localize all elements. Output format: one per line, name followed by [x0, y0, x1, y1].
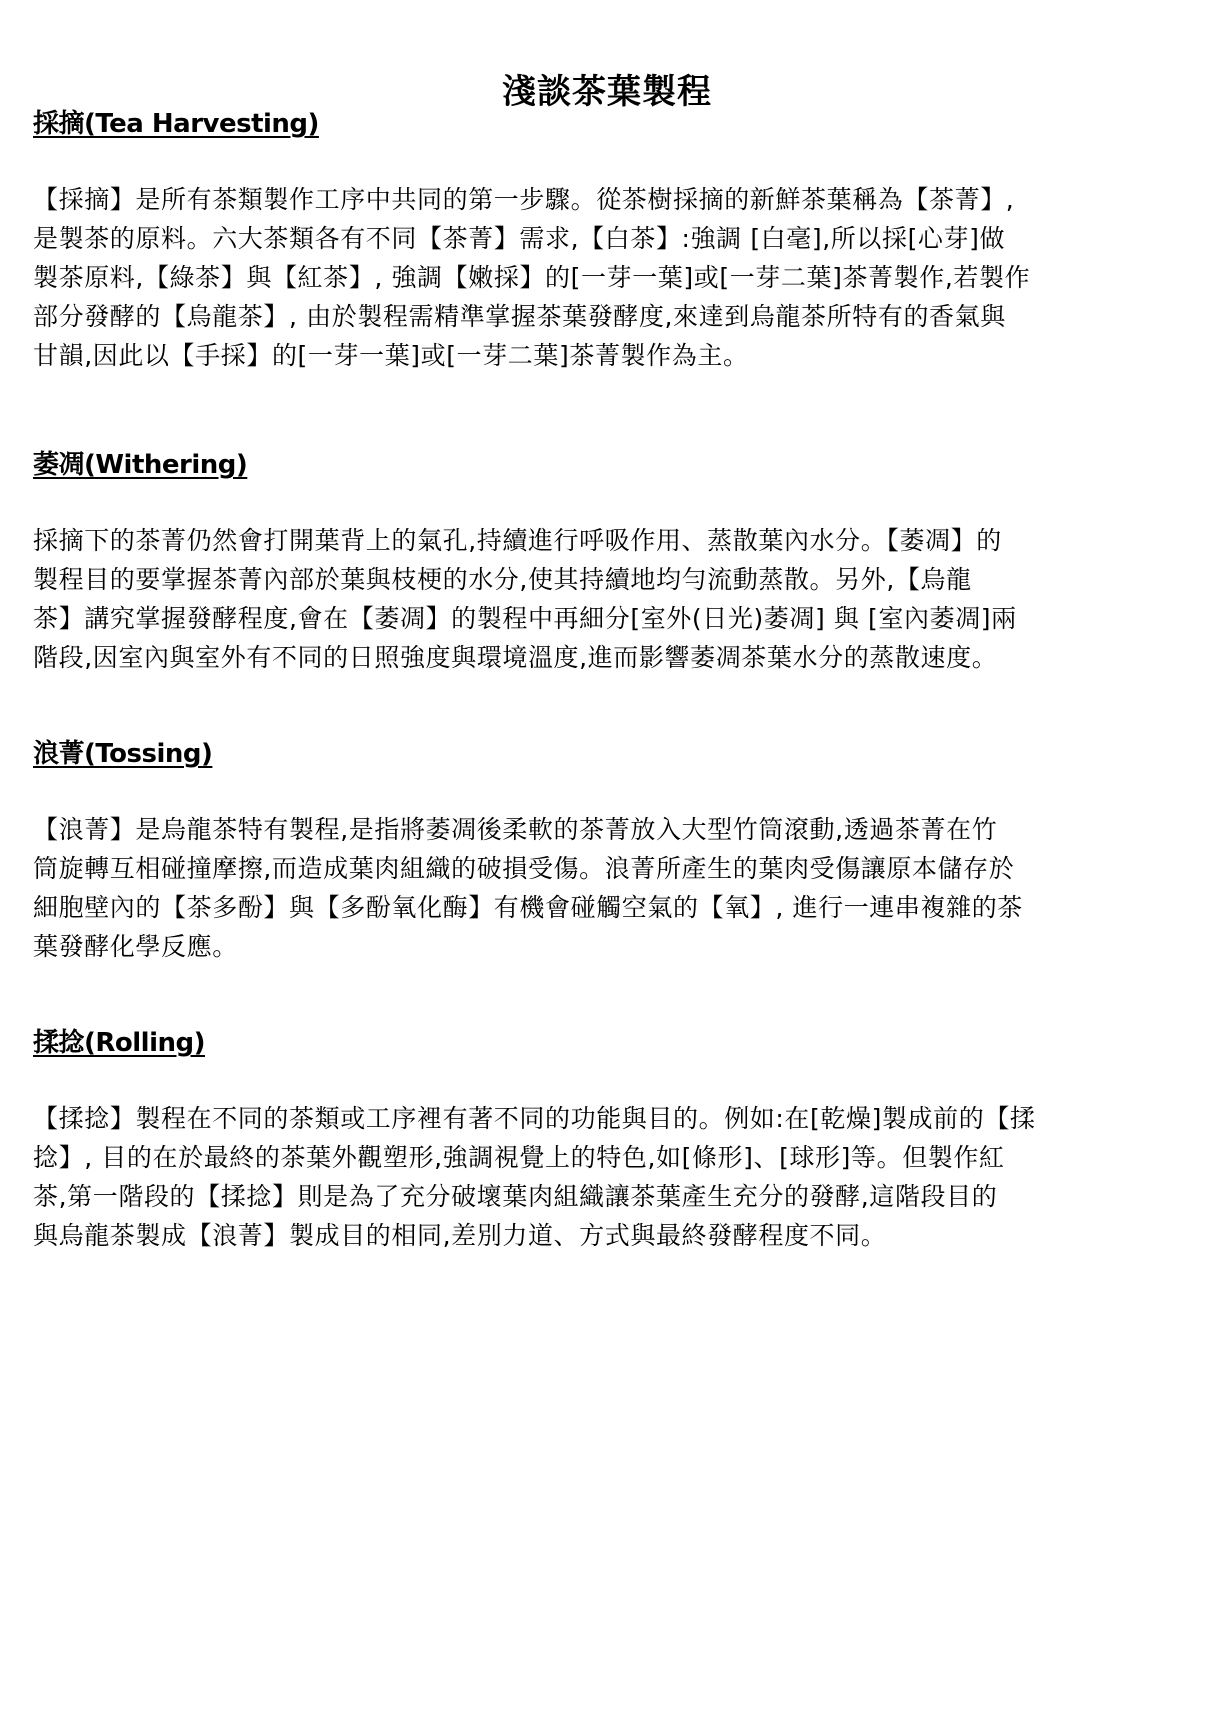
section-paragraph: 採摘下的茶菁仍然會打開葉背上的氣孔,持續進行呼吸作用、蒸散葉內水分。【萎凋】的 …: [33, 521, 1193, 677]
section-withering: 萎凋(Withering) 採摘下的茶菁仍然會打開葉背上的氣孔,持續進行呼吸作用…: [33, 447, 1193, 677]
paragraph-line: 製茶原料,【綠茶】與【紅茶】, 強調【嫩採】的[一芽一葉]或[一芽二葉]茶菁製作…: [33, 258, 1193, 297]
paragraph-line: 葉發酵化學反應。: [33, 927, 1193, 966]
section-tossing: 浪菁(Tossing) 【浪菁】是烏龍茶特有製程,是指將萎凋後柔軟的茶菁放入大型…: [33, 736, 1193, 966]
paragraph-line: 【揉捻】製程在不同的茶類或工序裡有著不同的功能與目的。例如:在[乾燥]製成前的【…: [33, 1099, 1193, 1138]
section-rolling: 揉捻(Rolling) 【揉捻】製程在不同的茶類或工序裡有著不同的功能與目的。例…: [33, 1025, 1193, 1255]
paragraph-line: 是製茶的原料。六大茶類各有不同【茶菁】需求,【白茶】:強調 [白毫],所以採[心…: [33, 219, 1193, 258]
paragraph-line: 【浪菁】是烏龍茶特有製程,是指將萎凋後柔軟的茶菁放入大型竹筒滾動,透過茶菁在竹: [33, 810, 1193, 849]
section-heading: 浪菁(Tossing): [33, 736, 212, 772]
paragraph-line: 製程目的要掌握茶菁內部於葉與枝梗的水分,使其持續地均勻流動蒸散。另外,【烏龍: [33, 560, 1193, 599]
paragraph-line: 茶,第一階段的【揉捻】則是為了充分破壞葉肉組織讓茶葉產生充分的發酵,這階段目的: [33, 1177, 1193, 1216]
document-page: 淺談茶葉製程 採摘(Tea Harvesting) 【採摘】是所有茶類製作工序中…: [0, 0, 1214, 1736]
paragraph-line: 與烏龍茶製成【浪菁】製成目的相同,差別力道、方式與最終發酵程度不同。: [33, 1216, 1193, 1255]
section-paragraph: 【浪菁】是烏龍茶特有製程,是指將萎凋後柔軟的茶菁放入大型竹筒滾動,透過茶菁在竹 …: [33, 810, 1193, 966]
paragraph-line: 筒旋轉互相碰撞摩擦,而造成葉肉組織的破損受傷。浪菁所產生的葉肉受傷讓原本儲存於: [33, 849, 1193, 888]
paragraph-line: 部分發酵的【烏龍茶】, 由於製程需精準掌握茶葉發酵度,來達到烏龍茶所特有的香氣與: [33, 297, 1193, 336]
paragraph-line: 採摘下的茶菁仍然會打開葉背上的氣孔,持續進行呼吸作用、蒸散葉內水分。【萎凋】的: [33, 521, 1193, 560]
paragraph-line: 甘韻,因此以【手採】的[一芽一葉]或[一芽二葉]茶菁製作為主。: [33, 336, 1193, 375]
paragraph-line: 【採摘】是所有茶類製作工序中共同的第一步驟。從茶樹採摘的新鮮茶葉稱為【茶菁】,: [33, 180, 1193, 219]
paragraph-line: 茶】講究掌握發酵程度,會在【萎凋】的製程中再細分[室外(日光)萎凋] 與 [室內…: [33, 599, 1193, 638]
section-paragraph: 【揉捻】製程在不同的茶類或工序裡有著不同的功能與目的。例如:在[乾燥]製成前的【…: [33, 1099, 1193, 1255]
section-heading: 採摘(Tea Harvesting): [33, 106, 319, 142]
paragraph-line: 捻】, 目的在於最終的茶葉外觀塑形,強調視覺上的特色,如[條形]、[球形]等。但…: [33, 1138, 1193, 1177]
paragraph-line: 階段,因室內與室外有不同的日照強度與環境溫度,進而影響萎凋茶葉水分的蒸散速度。: [33, 638, 1193, 677]
paragraph-line: 細胞壁內的【茶多酚】與【多酚氧化酶】有機會碰觸空氣的【氧】, 進行一連串複雜的茶: [33, 888, 1193, 927]
section-harvesting: 採摘(Tea Harvesting) 【採摘】是所有茶類製作工序中共同的第一步驟…: [33, 106, 1193, 375]
section-paragraph: 【採摘】是所有茶類製作工序中共同的第一步驟。從茶樹採摘的新鮮茶葉稱為【茶菁】, …: [33, 180, 1193, 375]
section-heading: 萎凋(Withering): [33, 447, 247, 483]
section-heading: 揉捻(Rolling): [33, 1025, 205, 1061]
